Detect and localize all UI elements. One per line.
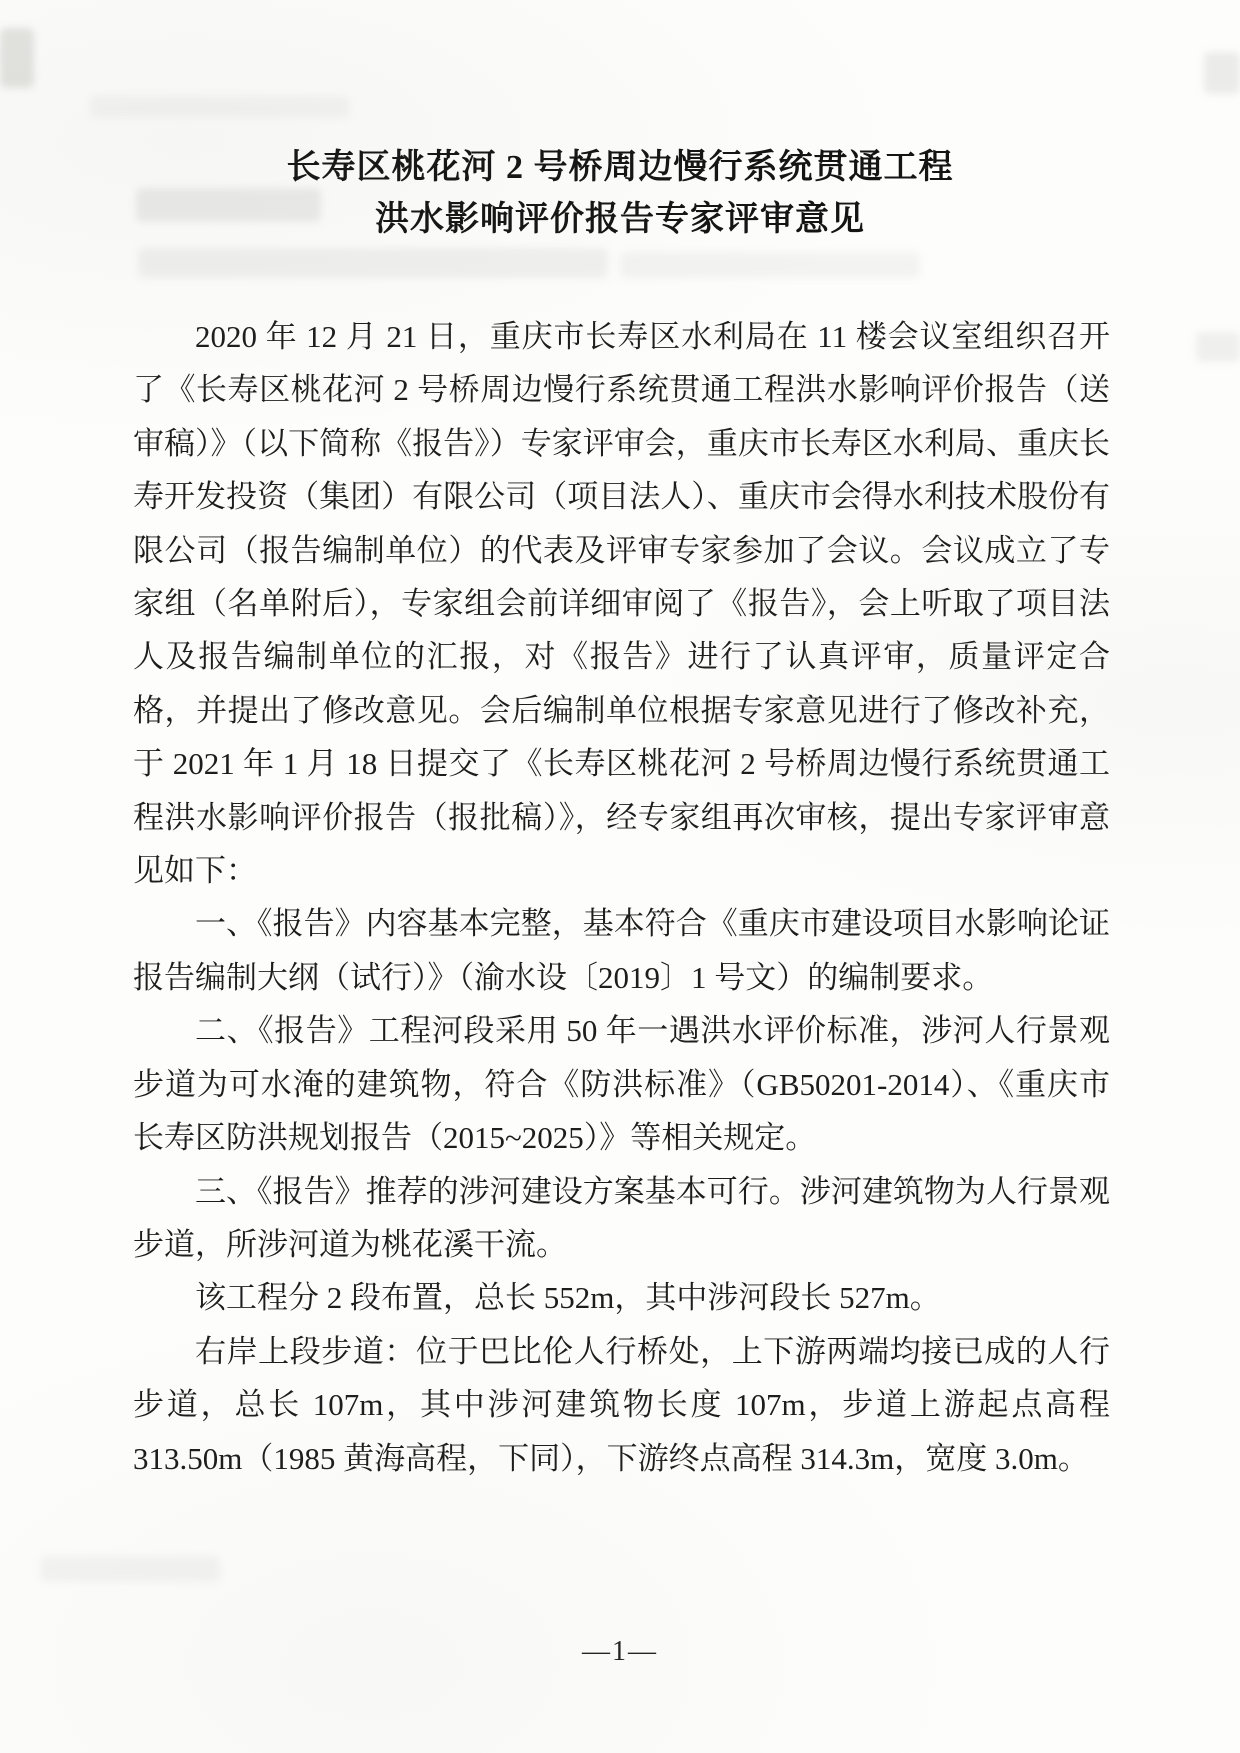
document-title-line-1: 长寿区桃花河 2 号桥周边慢行系统贯通工程 xyxy=(0,142,1240,194)
body-paragraph-project-layout: 该工程分 2 段布置，总长 552m，其中涉河段长 527m。 xyxy=(133,1271,1110,1324)
body-paragraph-point-1: 一、《报告》内容基本完整，基本符合《重庆市建设项目水影响论证报告编制大纲（试行）… xyxy=(133,897,1110,1004)
page-number: —1— xyxy=(0,1636,1240,1668)
scan-artifact xyxy=(40,1556,220,1582)
body-paragraph-point-2: 二、《报告》工程河段采用 50 年一遇洪水评价标准，涉河人行景观步道为可水淹的建… xyxy=(133,1004,1110,1164)
scan-artifact xyxy=(1196,332,1240,362)
scan-artifact xyxy=(138,248,608,278)
body-paragraph-intro: 2020 年 12 月 21 日，重庆市长寿区水利局在 11 楼会议室组织召开了… xyxy=(133,310,1110,897)
document-title-line-2: 洪水影响评价报告专家评审意见 xyxy=(0,194,1240,246)
body-paragraph-right-bank-upper-walkway: 右岸上段步道：位于巴比伦人行桥处，上下游两端均接已成的人行步道，总长 107m，… xyxy=(133,1325,1110,1485)
body-paragraph-point-3: 三、《报告》推荐的涉河建设方案基本可行。涉河建筑物为人行景观步道，所涉河道为桃花… xyxy=(133,1165,1110,1272)
document-body: 2020 年 12 月 21 日，重庆市长寿区水利局在 11 楼会议室组织召开了… xyxy=(133,310,1110,1485)
document-title: 长寿区桃花河 2 号桥周边慢行系统贯通工程 洪水影响评价报告专家评审意见 xyxy=(0,0,1240,246)
scan-artifact xyxy=(620,252,920,278)
scanned-document-page: 长寿区桃花河 2 号桥周边慢行系统贯通工程 洪水影响评价报告专家评审意见 202… xyxy=(0,0,1240,1753)
